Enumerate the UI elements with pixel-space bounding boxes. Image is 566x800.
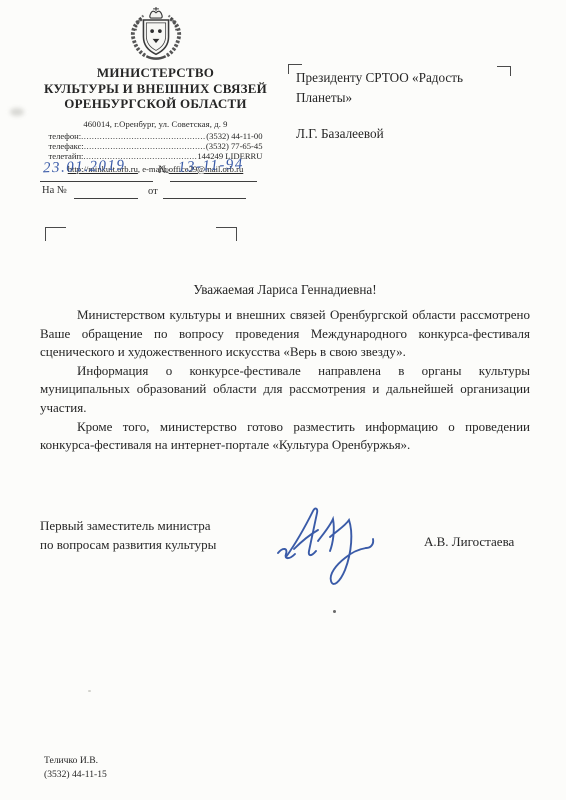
number-sign: №	[158, 164, 169, 176]
letter-page: МИНИСТЕРСТВО КУЛЬТУРЫ И ВНЕШНИХ СВЯЗЕЙ О…	[0, 0, 566, 800]
letter-body: Министерством культуры и внешних связей …	[40, 306, 530, 455]
handwritten-number: 13-11-94	[178, 156, 245, 176]
executor-block: Теличко И.В. (3532) 44-11-15	[44, 754, 107, 781]
corner-mark-recipient-right	[497, 66, 511, 76]
ot-underline	[163, 198, 246, 199]
dot-leader	[84, 141, 206, 151]
dot-leader	[81, 131, 206, 141]
na-no-label: На №	[42, 185, 67, 196]
recipient-organization: Президенту СРТОО «Радость Планеты»	[296, 68, 488, 107]
ministry-name-line: МИНИСТЕРСТВО	[38, 65, 273, 81]
corner-mark-address-right	[216, 227, 237, 241]
signatory-position-line: по вопросам развития культуры	[40, 536, 216, 555]
ministry-name-line: КУЛЬТУРЫ И ВНЕШНИХ СВЯЗЕЙ	[38, 81, 273, 97]
recipient-person: Л.Г. Базалеевой	[296, 124, 488, 144]
corner-mark-address-left	[45, 227, 66, 241]
scan-speck	[333, 610, 336, 613]
signatory-name: А.В. Лигостаева	[424, 534, 514, 550]
ministry-name: МИНИСТЕРСТВО КУЛЬТУРЫ И ВНЕШНИХ СВЯЗЕЙ О…	[38, 65, 273, 112]
recipient-block: Президенту СРТОО «Радость Планеты» Л.Г. …	[296, 68, 488, 144]
na-no-underline	[74, 198, 138, 199]
signatory-position: Первый заместитель министра по вопросам …	[40, 517, 216, 554]
executor-name: Теличко И.В.	[44, 754, 107, 768]
contact-row-phone: телефон:(3532) 44-11-00	[49, 131, 263, 141]
coat-of-arms-icon	[127, 6, 185, 62]
contact-label: телефон:	[49, 131, 82, 141]
number-underline	[170, 181, 257, 182]
contact-value: (3532) 77-65-45	[206, 141, 263, 151]
contact-label: телефакс:	[49, 141, 84, 151]
date-underline	[40, 181, 153, 182]
body-paragraph: Информация о конкурсе-фестивале направле…	[40, 362, 530, 418]
handwritten-signature-icon	[272, 497, 384, 589]
ministry-name-line: ОРЕНБУРГСКОЙ ОБЛАСТИ	[38, 96, 273, 112]
body-paragraph: Кроме того, министерство готово размести…	[40, 418, 530, 455]
body-paragraph: Министерством культуры и внешних связей …	[40, 306, 530, 362]
executor-phone: (3532) 44-11-15	[44, 768, 107, 782]
salutation: Уважаемая Лариса Геннадиевна!	[40, 282, 530, 298]
postal-address: 460014, г.Оренбург, ул. Советская, д. 9	[38, 119, 273, 129]
letterhead: МИНИСТЕРСТВО КУЛЬТУРЫ И ВНЕШНИХ СВЯЗЕЙ О…	[38, 6, 273, 174]
handwritten-date: 23.01.2019	[43, 158, 126, 178]
contact-value: (3532) 44-11-00	[206, 131, 262, 141]
signatory-position-line: Первый заместитель министра	[40, 517, 216, 536]
contact-row-fax: телефакс:(3532) 77-65-45	[49, 141, 263, 151]
scan-speck	[88, 690, 91, 692]
ot-label: от	[148, 186, 158, 197]
scan-smudge	[10, 108, 24, 116]
